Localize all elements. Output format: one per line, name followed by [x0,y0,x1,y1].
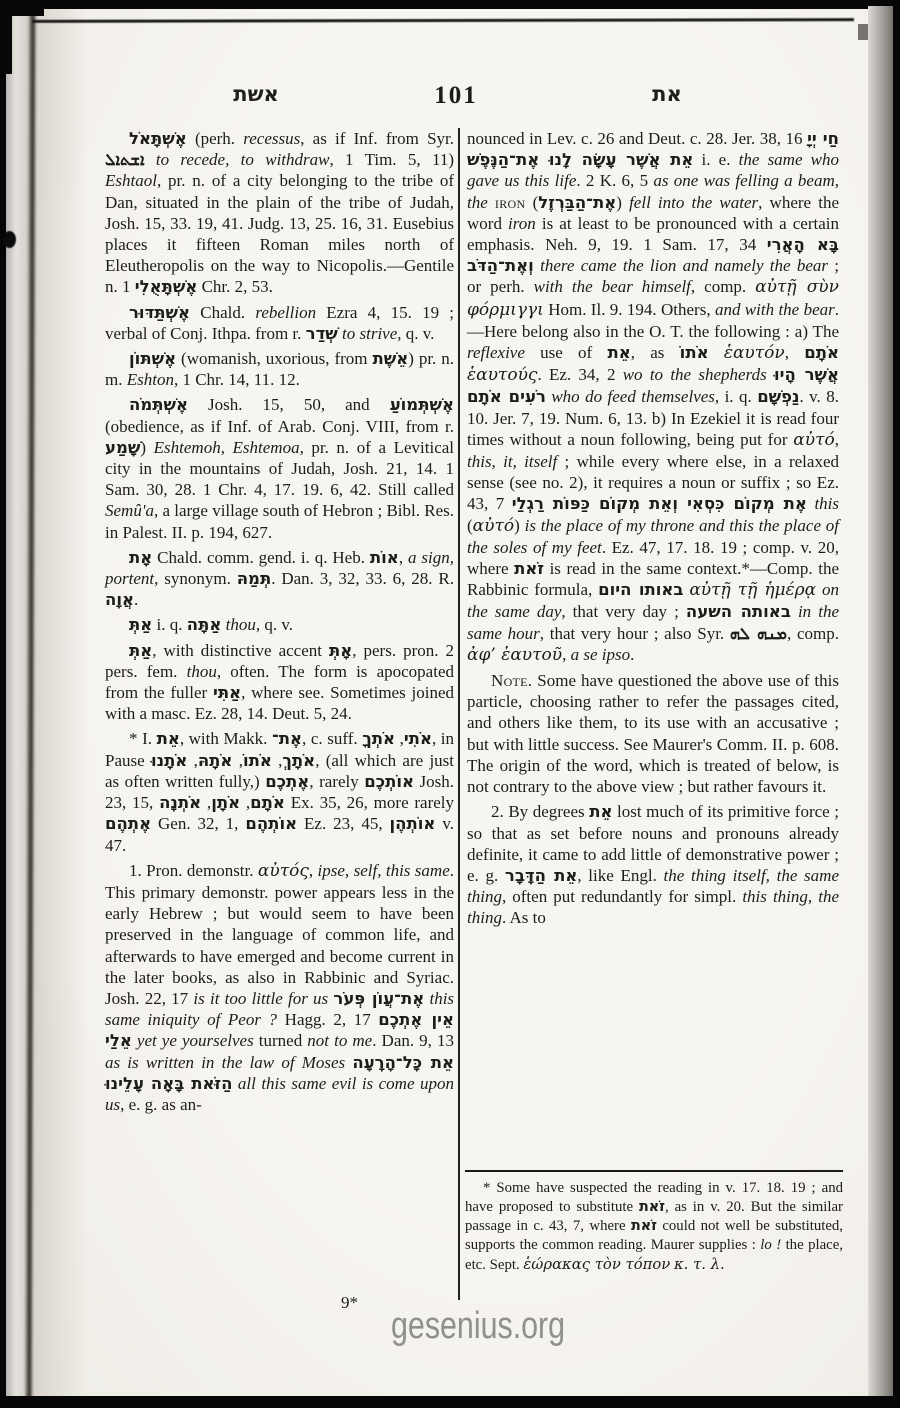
text-segment: . [134,590,138,609]
hebrew-segment: אֹתְנָה [159,793,201,812]
hebrew-segment: אֶת־עֲוֹן פְּעֹר [333,989,424,1008]
hebrew-segment: אֹתָם [804,343,839,362]
hebrew-segment: באותה השעה [686,602,791,621]
smallcaps-segment: Note. [491,671,532,690]
text-segment: nounced in Lev. c. 26 and Deut. c. 28. J… [467,129,807,148]
greek-segment: ἑαυτόν [724,343,785,363]
text-segment: , 1 Chr. 14, 11. 12. [174,370,300,389]
hebrew-segment: אֶשְׁתְּמֹה [129,395,188,414]
text-segment: Josh. 15, 50, and [188,395,390,414]
text-segment: . [630,645,634,664]
paragraph: 1. Pron. demonstr. αὐτός, ipse, self, th… [105,860,454,1115]
text-segment: , [187,751,198,770]
text-segment [791,602,798,621]
text-segment: . Dan. 3, 32, 33. 6, 28. R. [271,569,454,588]
greek-segment: αὐτό [793,430,834,450]
text-segment: , as [631,343,680,362]
text-segment: , q. v. [256,615,293,634]
italic-segment: this, it, itself [467,452,557,471]
italic-segment: wo to the shepherds [623,365,767,384]
hebrew-segment: אֵשֶׁת [372,349,408,368]
hebrew-segment: אֶת־ [272,729,302,748]
text-segment: , e. g. as an- [120,1095,202,1114]
text-segment: ) [140,438,153,457]
running-head-right: את [652,82,682,106]
text-segment: Ex. 35, 26, more rarely [285,793,454,812]
italic-segment: Eshtaol [105,171,157,190]
italic-segment: to recede, to withdraw [156,150,330,169]
text-segment: * I. [129,729,157,748]
hebrew-segment: אֹתוֹ [243,751,272,770]
text-segment: 1. Pron. demonstr. [129,861,258,880]
italic-segment: with the bear himself [534,277,691,296]
hebrew-segment: אֶשְׁתָּאֻלִי [135,277,198,296]
text-segment: , [201,793,211,812]
hebrew-segment: אֵת [589,802,612,821]
hebrew-segment: באותו היום [598,580,683,599]
italic-segment: thou [187,662,217,681]
hebrew-segment: שְׁדַר [306,324,338,343]
paragraph: * Some have suspected the reading in v. … [465,1179,843,1275]
italic-segment: there came the lion and namely the bear [540,256,828,275]
text-segment: (perh. [187,129,244,148]
hebrew-segment: אֶתְהֶם [105,814,151,833]
text-segment: , synonym. [154,569,237,588]
hebrew-segment: אוֹת [370,548,399,567]
text-segment: , [835,430,839,449]
text-segment: Ez. 23, 45, [297,814,389,833]
text-segment: , rarely [309,772,364,791]
hebrew-segment: אֶשְׁתּוֹן [129,349,176,368]
text-segment: , [562,645,571,664]
text-segment: ( [525,193,538,212]
text-segment: i. q. [152,615,186,634]
italic-segment: thou [226,615,256,634]
italic-segment: Semû'a [105,501,154,520]
gutter-shadow [28,9,98,1397]
italic-segment: Eshton [127,370,174,389]
hebrew-segment: אֹתָנוּ [151,751,187,770]
hebrew-segment: אַתְּ [129,641,152,660]
hebrew-segment: אֶשְׁתַּדּוּר [129,303,190,322]
text-segment: , [232,751,243,770]
hebrew-segment: אֵת הַדָּבָר [505,866,577,885]
hebrew-segment: תְּמַהּ [237,569,272,588]
text-segment [145,150,156,169]
text-segment: Gen. 32, 1, [151,814,245,833]
ink-dot [3,231,16,248]
text-segment: , [395,729,404,748]
left-column: אֶשְׁתָּאֹל (perh. recessus, as if Inf. … [105,128,454,1119]
hebrew-segment: זֹאת [639,1199,665,1215]
right-column: nounced in Lev. c. 26 and Deut. c. 28. J… [467,128,839,933]
hebrew-segment: אֹתָם [250,793,285,812]
scan-edge-left [0,0,6,1408]
hebrew-segment: אֶת מְקוֹם כִּסְאִי וְאֵת מְקוֹם כַּפּוֹ… [512,494,807,513]
hebrew-segment: אֵת [607,343,630,362]
text-segment: , [309,861,318,880]
text-segment: , that very hour ; also Syr. [540,624,730,643]
text-segment: . Dan. 9, 13 [372,1031,454,1050]
italic-segment: yet ye yourselves [137,1031,254,1050]
hebrew-segment: נַפְשָׁם [757,387,799,406]
text-segment: . 2 K. 6, 5 [576,171,653,190]
hebrew-segment: אֹתָהּ [198,751,233,770]
italic-segment: this [814,494,839,513]
italic-segment: a se ipso [571,645,631,664]
text-segment: , comp. [691,277,755,296]
paragraph: אֶשְׁתְּמֹה Josh. 15, 50, and אֶשְׁתְּמו… [105,394,454,542]
greek-segment: αὐτό [473,516,514,536]
hebrew-segment: אֹתָךְ [282,751,315,770]
italic-segment: who do feed themselves [551,387,715,406]
hebrew-segment: אֹתוֹ [680,343,709,362]
text-segment: use of [525,343,608,362]
hebrew-segment: אָתְּ [329,641,352,660]
italic-segment: rebellion [255,303,316,322]
footnote: * Some have suspected the reading in v. … [465,1179,843,1275]
text-segment: , c. suff. [302,729,362,748]
paragraph: אֶשְׁתַּדּוּר Chald. rebellion Ezra 4, 1… [105,302,454,344]
text-segment: , [240,793,250,812]
italic-segment: to strive [342,324,397,343]
italic-segment: as is written in the law of Moses [105,1053,345,1072]
greek-segment: ἑαυτούς [467,365,537,385]
hebrew-segment: אֲוָה [105,590,134,609]
text-segment: ) [616,193,629,212]
hebrew-segment: אֹתָן [211,793,240,812]
hebrew-segment: אַתָּה [187,615,222,634]
scan-edge-top [0,0,900,9]
greek-segment: αὐτός [258,861,309,881]
hebrew-segment: אוֹתְהֶן [390,814,436,833]
italic-segment: fell into the water [629,193,758,212]
text-segment: Hagg. 2, 17 [277,1010,378,1029]
text-segment: Hom. Il. 9. 194. Others, [544,300,715,319]
italic-segment: Eshtemoh, Eshtemoa [154,438,300,457]
text-segment: , 1 Tim. 5, 11) [329,150,454,169]
paragraph: אֶשְׁתָּאֹל (perh. recessus, as if Inf. … [105,128,454,298]
hebrew-segment: אֵת [157,729,180,748]
scanned-book-page: אשת 101 את אֶשְׁתָּאֹל (perh. recessus, … [0,0,900,1408]
text-segment: , with distinctive accent [152,641,329,660]
hebrew-segment: אֶשְׁתָּאֹל [129,129,187,148]
paragraph: nounced in Lev. c. 26 and Deut. c. 28. J… [467,128,839,666]
italic-segment: is it too little for us [193,989,328,1008]
text-segment: . As to [502,908,546,927]
signature-mark: 9* [341,1293,358,1313]
italic-segment: recessus [243,129,300,148]
italic-segment: not to me [307,1031,372,1050]
text-segment: , with Makk. [180,729,272,748]
scan-edge-right [893,0,900,1408]
italic-segment: iron [508,214,536,233]
text-segment: ) [514,516,524,535]
hebrew-segment: אוֹתְהֶם [245,814,297,833]
paragraph: * I. אֵת, with Makk. אֶת־, c. suff. אֹתִ… [105,728,454,855]
text-segment: , [272,751,283,770]
text-segment: Chald. [190,303,255,322]
greek-segment: ἀφ’ ἑαυτοῦ [467,645,562,665]
text-segment: , q. v. [397,324,434,343]
text-segment: , [399,548,408,567]
running-head-left: אשת [233,82,279,106]
syriac-segment: ܡܢܗ ܠܗ [730,624,787,643]
hebrew-segment: אַתְּ [129,615,152,634]
syriac-segment: ܐܫܬܐܠ [105,150,145,169]
hebrew-segment: זֹאת [631,1218,657,1234]
text-segment: Chald. comm. gend. i. q. Heb. [152,548,370,567]
column-divider [458,128,460,1300]
hebrew-segment: אֹתִי [404,729,432,748]
text-segment [767,365,774,384]
hebrew-segment: אוֹתְכֶם [364,772,414,791]
text-segment [709,343,724,362]
text-segment: , comp. [787,624,839,643]
greek-segment: ἑώρακας τὸν τόπον [523,1256,670,1273]
text-segment: , i. q. [715,387,757,406]
text-segment: (obedience, as if Inf. of Arab. Conj. VI… [105,417,454,436]
smallcaps-segment: iron [495,193,526,212]
footnote-rule [465,1170,843,1172]
greek-segment: κ. τ. λ. [674,1256,725,1273]
text-segment: turned [254,1031,308,1050]
hebrew-segment: אֹתְךָ [362,729,395,748]
hebrew-segment: שָׁמַע [105,438,140,457]
text-segment: , as if Inf. from Syr. [300,129,454,148]
text-segment: 2. By degrees [491,802,589,821]
hebrew-segment: אָת [129,548,152,567]
hebrew-segment: אֶתְכֶם [265,772,309,791]
text-segment: , [785,343,805,362]
paragraph: אֶשְׁתּוֹן (womanish, uxorious, from אֵש… [105,348,454,390]
italic-segment: and with the bear [715,300,835,319]
hebrew-segment: אֶת־הַבַּרְזֶל [538,193,616,212]
text-segment: i. e. [693,150,738,169]
text-segment: . This primary demonstr. power appears l… [105,861,454,1008]
paragraph: אַתְּ i. q. אַתָּה thou, q. v. [105,614,454,635]
paragraph: 2. By degrees אֵת lost much of its primi… [467,801,839,928]
italic-segment: lo ! [760,1237,781,1253]
scan-corner-top-left-vertical [0,0,12,74]
scan-edge-bottom [0,1396,900,1408]
text-segment: , a large village south of Hebron ; Bibl… [105,501,454,541]
hebrew-segment: אֶשְׁתְּמוֹעַ [390,395,454,414]
paragraph: Note. Some have questioned the above use… [467,670,839,797]
page-number: 101 [434,82,478,110]
watermark: gesenius.org [391,1305,565,1348]
paragraph: אָת Chald. comm. gend. i. q. Heb. אוֹת, … [105,547,454,611]
italic-segment: ipse, self, this same [318,861,450,880]
greek-segment: αὐτῇ τῇ ἡμέρᾳ [689,580,816,600]
text-segment: . Ez. 34, 2 [537,365,622,384]
page-stack-edge-right [868,6,894,1401]
paragraph: אַתְּ, with distinctive accent אָתְּ, pe… [105,640,454,725]
text-segment: (womanish, uxorious, from [176,349,372,368]
text-segment: , like Engl. [577,866,663,885]
text-segment: , often put redundantly for simpl. [502,887,742,906]
text-segment [488,193,495,212]
italic-segment: reflexive [467,343,525,362]
text-segment: , that very day ; [561,602,686,621]
hebrew-segment: אַתִּי [213,683,241,702]
hebrew-segment: זֹאת [514,559,544,578]
